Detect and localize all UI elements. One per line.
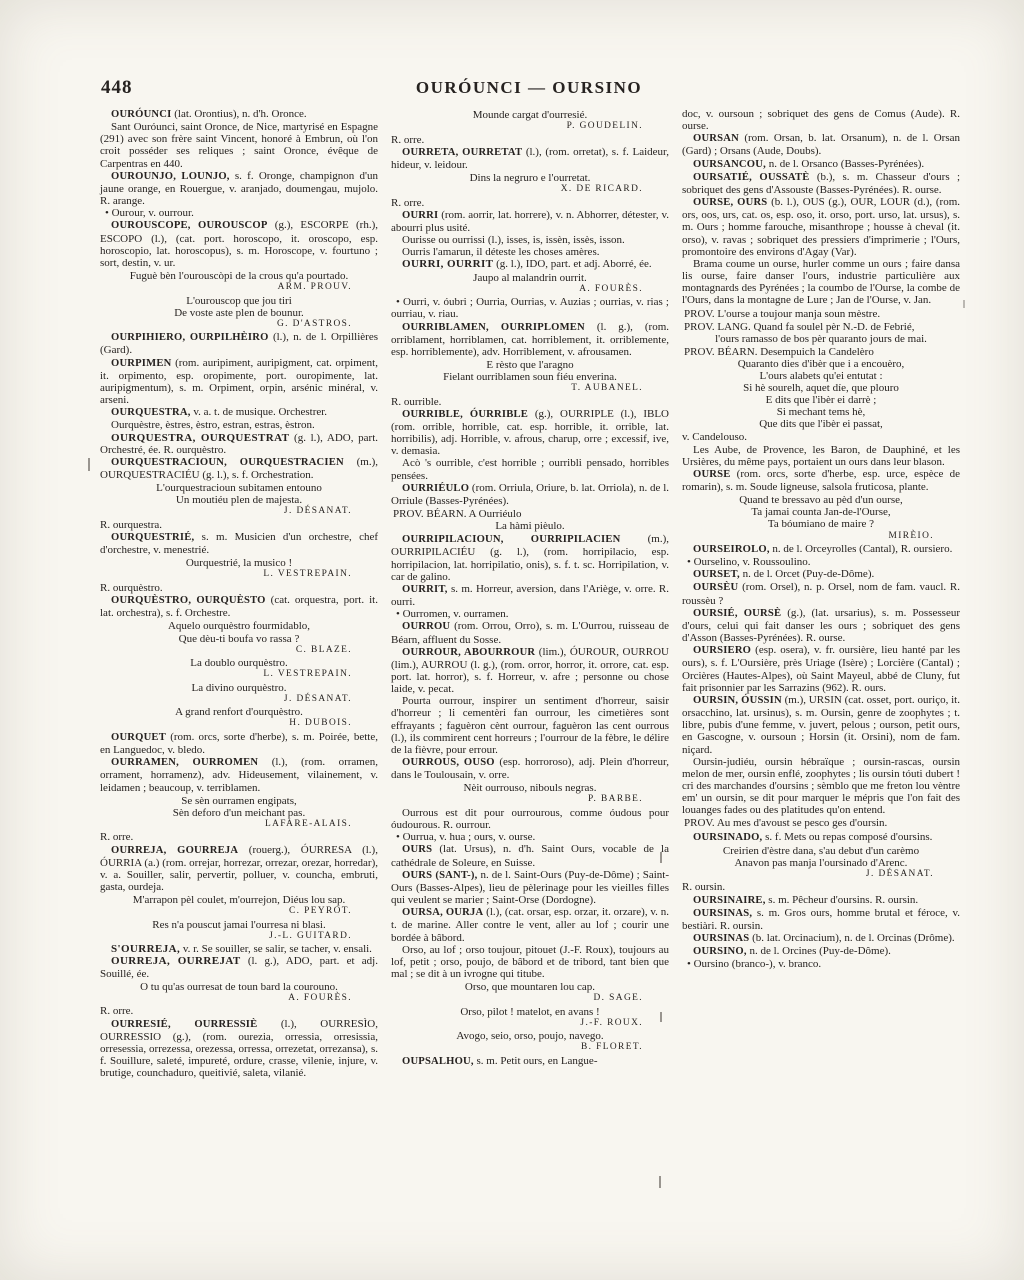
entry-body: • Ourselino, v. Roussoulino.	[687, 556, 811, 568]
paragraph: R. ourquèstro.	[100, 582, 378, 594]
verse-line: Ta jamai counta Jan-de-l'Ourse,	[682, 506, 960, 518]
verse-line: Mounde cargat d'ourresié.	[391, 109, 669, 121]
entry-headword: OURRI, OURRIT	[402, 258, 493, 270]
verse-quote: La divino ourquèstro.J. DÉSANAT.	[100, 682, 378, 706]
dictionary-entry: OURSINAIRE, s. m. Pêcheur d'oursins. R. …	[682, 894, 960, 907]
verse-quote: Orso, pilot ! matelot, en avans !J.-F. R…	[391, 1006, 669, 1030]
verse-quote: E rèsto que l'aragnoFielant ourriblamen …	[391, 359, 669, 395]
verse-line: Aquelo ourquèstro fourmidablo,	[100, 620, 378, 632]
entry-headword: OURSE	[693, 469, 731, 480]
entry-headword: OURQUESTRACIOUN, OURQUESTRACIEN	[111, 457, 344, 468]
scan-artifact	[88, 458, 90, 471]
entry-body: v. r. Se souiller, se salir, se tacher, …	[180, 943, 372, 955]
proverb-line: PROV. BÉARN. Desempuich la Candelèro	[682, 346, 960, 358]
proverb: PROV. L'ourse a toujour manja soun mèstr…	[682, 308, 960, 320]
entry-body: v. Candelouso.	[682, 431, 747, 443]
entry-headword: OURSAN	[693, 133, 739, 144]
verse-line: Se sèn ourramen engipats,	[100, 795, 378, 807]
paragraph: Sant Ouróunci, saint Oronce, de Nice, ma…	[100, 121, 378, 170]
paragraph: R. ourrible.	[391, 396, 669, 408]
verse-quote: Orso, que mountaren lou cap.D. SAGE.	[391, 981, 669, 1005]
entry-body: R. orre.	[100, 1005, 133, 1017]
entry-body: • Ourour, v. ourrour.	[105, 207, 194, 219]
proverb-line: PROV. LANG. Quand fa soulel pèr N.-D. de…	[682, 321, 960, 333]
verse-line: Orso, que mountaren lou cap.	[391, 981, 669, 993]
entry-headword: OURRAMEN, OURROMEN	[111, 757, 258, 768]
scanned-dictionary-page: 448 OURÓUNCI — OURSINO OURÓUNCI (lat. Or…	[0, 0, 1024, 1280]
citation-author: L. VESTREPAIN.	[100, 569, 378, 581]
entry-body: • Oursino (branco-), v. branco.	[687, 958, 821, 970]
verse-line: La divino ourquèstro.	[100, 682, 378, 694]
entry-body: Ourquèstre, èstres, èstro, estran, estra…	[111, 419, 315, 431]
paragraph: Orso, au lof ; orso toujour, pitouet (J.…	[391, 944, 669, 980]
entry-headword: OURSEIROLO,	[693, 544, 770, 555]
paragraph: Les Aube, de Provence, les Baron, de Dau…	[682, 444, 960, 468]
verse-line: Creirien d'èstre dana, s'au debut d'un c…	[682, 845, 960, 857]
paragraph: Ourris l'amarun, il déteste les choses a…	[391, 246, 669, 258]
verse-quote: Avogo, seio, orso, poujo, navego.B. FLOR…	[391, 1030, 669, 1054]
entry-headword: OURSINADO,	[693, 832, 762, 843]
citation-author: LAFARE-ALAIS.	[100, 819, 378, 831]
verse-line: Jaupo al malandrin ourrit.	[391, 272, 669, 284]
entry-headword: OURQUESTRIÉ,	[111, 532, 194, 543]
dictionary-entry: OURRIBLAMEN, OURRIPLOMEN (l. g.), (rom. …	[391, 321, 669, 358]
paragraph: Oursin-judiéu, oursin hébraïque ; oursin…	[682, 756, 960, 817]
citation-author: C. BLAZE.	[100, 645, 378, 657]
paragraph: v. Candelouso.	[682, 431, 960, 443]
dictionary-entry: OURRIT, s. m. Horreur, aversion, dans l'…	[391, 583, 669, 608]
dictionary-entry: OURSE (rom. orcs, sorte d'herbe, esp. ur…	[682, 468, 960, 493]
citation-author: J.-L. GUITARD.	[100, 931, 378, 943]
entry-body: Pourta ourrour, inspirer un sentiment d'…	[391, 695, 669, 756]
verse-quote: Dins la negruro e l'ourretat.X. DE RICAR…	[391, 172, 669, 196]
entry-headword: OURROUR, ABOURROUR	[402, 647, 535, 658]
paragraph: Ourisse ou ourrissi (l.), isses, is, iss…	[391, 234, 669, 246]
dictionary-entry: OURQUESTRA, v. a. t. de musique. Orchest…	[100, 406, 378, 419]
dictionary-entry: OURSINADO, s. f. Mets ou repas composé d…	[682, 831, 960, 844]
dictionary-entry: OURQUÈSTRO, OURQUÈSTO (cat. orquestra, p…	[100, 594, 378, 619]
paragraph: Pourta ourrour, inspirer un sentiment d'…	[391, 695, 669, 756]
verse-quote: O tu qu'as ourresat de toun bard la cour…	[100, 981, 378, 1005]
paragraph: R. orre.	[391, 134, 669, 146]
entry-headword: OURRESIÉ, OURRESSIÈ	[111, 1019, 257, 1030]
entry-body: Oursin-judiéu, oursin hébraïque ; oursin…	[682, 756, 960, 817]
dictionary-entry: OURSINAS (b. lat. Orcinacium), n. de l. …	[682, 932, 960, 945]
proverb: PROV. BÉARN. Desempuich la CandelèroQuar…	[682, 346, 960, 431]
entry-headword: OURSÈU	[693, 582, 738, 593]
citation-author: ARM. PROUV.	[100, 282, 378, 294]
verse-line: Un moutiéu plen de majesta.	[100, 494, 378, 506]
dictionary-entry: OURSIN, ÓUSSIN (m.), URSIN (cat. osset, …	[682, 694, 960, 756]
dictionary-entry: OURSET, n. de l. Orcet (Puy-de-Dôme).	[682, 568, 960, 581]
cross-reference: • Ourselino, v. Roussoulino.	[682, 556, 960, 568]
entry-body: R. ourquèstro.	[100, 582, 163, 594]
proverb-line: l'ours ramasso de bos pèr quaranto jours…	[682, 333, 960, 345]
entry-body: Ourrous est dit pour ourrourous, comme ó…	[391, 807, 669, 831]
paragraph: Brama coume un ourse, hurler comme un ou…	[682, 258, 960, 307]
verse-quote: A grand renfort d'ourquèstro.H. DUBOIS.	[100, 706, 378, 730]
verse-line: Dins la negruro e l'ourretat.	[391, 172, 669, 184]
entry-body: n. de l. Orcet (Puy-de-Dôme).	[740, 568, 874, 580]
paragraph: R. orre.	[100, 1005, 378, 1017]
verse-line: L'ourquestracioun subitamen entouno	[100, 482, 378, 494]
entry-body: Ourisse ou ourrissi (l.), isses, is, iss…	[402, 234, 625, 246]
entry-headword: OURRIÉULO	[402, 483, 469, 494]
verse-line: L'ourouscop que jou tiri	[100, 295, 378, 307]
verse-quote: Mounde cargat d'ourresié.P. GOUDELIN.	[391, 109, 669, 133]
dictionary-entry: OURRESIÉ, OURRESSIÈ (l.), OURRESÌO, OURR…	[100, 1018, 378, 1080]
dictionary-entry: OURSE, OURS (b. l.), OUS (g.), OUR, LOUR…	[682, 196, 960, 258]
citation-author: H. DUBOIS.	[100, 718, 378, 730]
verse-line: Fielant ourriblamen soun fiéu enverina.	[391, 371, 669, 383]
entry-body: n. de l. Orceyrolles (Cantal), R. oursie…	[770, 543, 953, 555]
verse-line: Orso, pilot ! matelot, en avans !	[391, 1006, 669, 1018]
entry-headword: OURPIMEN	[111, 358, 171, 369]
entry-body: • Ourri, v. óubri ; Ourria, Ourrias, v. …	[391, 296, 669, 320]
entry-headword: OURSINAIRE,	[693, 895, 766, 906]
entry-body: Ourris l'amarun, il déteste les choses a…	[402, 246, 599, 258]
dictionary-entry: OURROU (rom. Orrou, Orro), s. m. L'Ourro…	[391, 620, 669, 645]
entry-headword: OURSATIÉ, OUSSATÈ	[693, 172, 810, 183]
entry-headword: OURÓUNCI	[111, 109, 171, 120]
entry-headword: OURROU	[402, 621, 450, 632]
dictionary-entry: OURSINAS, s. m. Gros ours, homme brutal …	[682, 907, 960, 932]
entry-body: Brama coume un ourse, hurler comme un ou…	[682, 258, 960, 306]
proverb: PROV. LANG. Quand fa soulel pèr N.-D. de…	[682, 321, 960, 345]
dictionary-entry: OURPIMEN (rom. auripiment, auripigment, …	[100, 357, 378, 407]
citation-author: P. BARBE.	[391, 794, 669, 806]
verse-line: Sèn deforo d'un meichant pas.	[100, 807, 378, 819]
dictionary-entry: OURSEIROLO, n. de l. Orceyrolles (Cantal…	[682, 543, 960, 556]
dictionary-entry: OUROUNJO, LOUNJO, s. f. Oronge, champign…	[100, 170, 378, 207]
cross-reference: • Ourour, v. ourrour.	[100, 207, 378, 219]
citation-author: A. FOURÈS.	[391, 284, 669, 296]
proverb-line: Si hè sourelh, aquet díe, que plouro	[682, 382, 960, 394]
entry-body: s. f. Mets ou repas composé d'oursins.	[762, 831, 932, 843]
paragraph: Ourrous est dit pour ourrourous, comme ó…	[391, 807, 669, 831]
scan-artifact	[963, 300, 965, 308]
entry-headword: OURSINO,	[693, 946, 747, 957]
citation-author: L. VESTREPAIN.	[100, 669, 378, 681]
verse-quote: Ourquestrié, la musico !L. VESTREPAIN.	[100, 557, 378, 581]
verse-line: Ta bóumiano de maire ?	[682, 518, 960, 530]
verse-line: Ourquestrié, la musico !	[100, 557, 378, 569]
entry-headword: OUROUSCOPE, OUROUSCOP	[111, 220, 267, 231]
entry-body: R. orre.	[100, 831, 133, 843]
dictionary-entry: OURSATIÉ, OUSSATÈ (b.), s. m. Chasseur d…	[682, 171, 960, 196]
dictionary-entry: S'OURREJA, v. r. Se souiller, se salir, …	[100, 943, 378, 955]
paragraph: R. oursin.	[682, 881, 960, 893]
entry-headword: OUROUNJO, LOUNJO,	[111, 171, 230, 182]
verse-line: Quand te bressavo au pèd d'un ourse,	[682, 494, 960, 506]
citation-author: P. GOUDELIN.	[391, 121, 669, 133]
dictionary-entry: OURS (SANT-), n. de l. Saint-Ours (Puy-d…	[391, 869, 669, 906]
scan-artifact	[659, 1176, 661, 1188]
column-left: OURÓUNCI (lat. Orontius), n. d'h. Oronce…	[100, 108, 378, 1079]
entry-headword: OURREJA, GOURREJA	[111, 845, 238, 856]
proverb-line: Quaranto dies d'ibèr que i a encouèro,	[682, 358, 960, 370]
scan-artifact	[660, 1012, 662, 1022]
entry-body: • Ourrua, v. hua ; ours, v. ourse.	[396, 831, 535, 843]
entry-headword: OUPSALHOU,	[402, 1056, 474, 1067]
text-columns: OURÓUNCI (lat. Orontius), n. d'h. Oronce…	[100, 108, 960, 1079]
verse-line: Que dèu-ti boufa vo rassa ?	[100, 633, 378, 645]
citation-author: X. DE RICARD.	[391, 184, 669, 196]
running-head: OURÓUNCI — OURSINO	[100, 78, 958, 98]
dictionary-entry: OURS (lat. Ursus), n. d'h. Saint Ours, v…	[391, 843, 669, 868]
entry-headword: OURS (SANT-),	[402, 870, 477, 881]
verse-quote: Se sèn ourramen engipats,Sèn deforo d'un…	[100, 795, 378, 831]
verse-quote: Res n'a pouscut jamai l'ourresa ni blasi…	[100, 919, 378, 943]
verse-quote: L'ourquestracioun subitamen entounoUn mo…	[100, 482, 378, 518]
dictionary-entry: OUPSALHOU, s. m. Petit ours, en Langue-	[391, 1055, 669, 1068]
paragraph: doc, v. oursoun ; sobriquet des gens de …	[682, 108, 960, 132]
dictionary-entry: OURSIERO (esp. osera), v. fr. oursière, …	[682, 644, 960, 694]
paragraph: Acò 's ourrible, c'est horrible ; ourrib…	[391, 457, 669, 481]
proverb-line: PROV. L'ourse a toujour manja soun mèstr…	[682, 308, 960, 320]
entry-headword: OURSINAS,	[693, 908, 752, 919]
proverb-line: Que dits que l'ibèr ei passat,	[682, 418, 960, 430]
dictionary-entry: OUROUSCOPE, OUROUSCOP (g.), ESCORPE (rh.…	[100, 219, 378, 269]
entry-headword: OURSIERO	[693, 645, 751, 656]
entry-headword: OURRIBLAMEN, OURRIPLOMEN	[402, 322, 585, 333]
entry-body: R. orre.	[391, 134, 424, 146]
verse-quote: Fuguè bèn l'ourouscòpi de la crous qu'a …	[100, 270, 378, 294]
verse-quote: Nèit ourrouso, nibouls negras.P. BARBE.	[391, 782, 669, 806]
citation-author: B. FLORET.	[391, 1042, 669, 1054]
dictionary-entry: OURSINO, n. de l. Orcines (Puy-de-Dôme).	[682, 945, 960, 958]
dictionary-entry: OURSANCOU, n. de l. Orsanco (Basses-Pyré…	[682, 158, 960, 171]
verse-line: De voste aste plen de bounur.	[100, 307, 378, 319]
verse-quote: M'arrapon pèl coulet, m'ourrejon, Diéus …	[100, 894, 378, 918]
dictionary-entry: OURRIPILACIOUN, OURRIPILACIEN (m.), OURR…	[391, 533, 669, 583]
proverb: PROV. BÉARN. A OurriéuloLa hàmi pièulo.	[391, 508, 669, 532]
proverb-line: L'ours alabets qu'ei entutat :	[682, 370, 960, 382]
verse-quote: Quand te bressavo au pèd d'un ourse,Ta j…	[682, 494, 960, 542]
entry-headword: OURQUESTRA,	[111, 407, 191, 418]
verse-line: Avogo, seio, orso, poujo, navego.	[391, 1030, 669, 1042]
entry-body: (b. lat. Orcinacium), n. de l. Orcinas (…	[749, 932, 954, 944]
dictionary-entry: OURRAMEN, OURROMEN (l.), (rom. orramen, …	[100, 756, 378, 793]
cross-reference: • Oursino (branco-), v. branco.	[682, 958, 960, 970]
proverb-line: PROV. BÉARN. A Ourriéulo	[391, 508, 669, 520]
dictionary-entry: OURRETA, OURRETAT (l.), (rom. orretat), …	[391, 146, 669, 171]
entry-body: (lat. Ursus), n. d'h. Saint Ours, vocabl…	[391, 843, 669, 868]
entry-headword: OURSANCOU,	[693, 159, 766, 170]
citation-author: J. DÉSANAT.	[100, 506, 378, 518]
dictionary-entry: OURREJA, GOURREJA (rouerg.), ÓURRESA (l.…	[100, 844, 378, 894]
entry-headword: OURQUET	[111, 732, 166, 743]
verse-quote: Creirien d'èstre dana, s'au debut d'un c…	[682, 845, 960, 881]
dictionary-entry: OURSÈU (rom. Orsel), n. p. Orsel, nom de…	[682, 581, 960, 606]
column-middle: Mounde cargat d'ourresié.P. GOUDELIN.R. …	[391, 108, 669, 1079]
paragraph: R. orre.	[100, 831, 378, 843]
citation-author: J.-F. ROUX.	[391, 1018, 669, 1030]
verse-line: A grand renfort d'ourquèstro.	[100, 706, 378, 718]
entry-headword: OURQUESTRA, OURQUESTRAT	[111, 432, 289, 444]
entry-headword: OURSINAS	[693, 933, 749, 944]
entry-body: s. m. Petit ours, en Langue-	[474, 1055, 598, 1067]
entry-body: n. de l. Orsanco (Basses-Pyrénées).	[766, 158, 924, 170]
dictionary-entry: OURSA, OURJA (l.), (cat. orsar, esp. orz…	[391, 906, 669, 943]
verse-line: La doublo ourquèstro.	[100, 657, 378, 669]
entry-headword: OURSET,	[693, 569, 740, 580]
dictionary-entry: OURRI (rom. aorrir, lat. horrere), v. n.…	[391, 209, 669, 234]
entry-body: v. a. t. de musique. Orchestrer.	[191, 406, 327, 418]
cross-reference: • Ourromen, v. ourramen.	[391, 608, 669, 620]
dictionary-entry: OURRIÉULO (rom. Orriula, Oriure, b. lat.…	[391, 482, 669, 507]
verse-line: Fuguè bèn l'ourouscòpi de la crous qu'a …	[100, 270, 378, 282]
verse-line: M'arrapon pèl coulet, m'ourrejon, Diéus …	[100, 894, 378, 906]
verse-quote: Jaupo al malandrin ourrit.A. FOURÈS.	[391, 272, 669, 296]
dictionary-entry: OURQUESTRA, OURQUESTRAT (g. l.), ADO, pa…	[100, 432, 378, 456]
entry-body: Les Aube, de Provence, les Baron, de Dau…	[682, 444, 960, 468]
citation-author: D. SAGE.	[391, 993, 669, 1005]
entry-body: Acò 's ourrible, c'est horrible ; ourrib…	[391, 457, 669, 481]
dictionary-entry: OURROUS, OUSO (esp. horroroso), adj. Ple…	[391, 756, 669, 781]
proverb-line: La hàmi pièulo.	[391, 520, 669, 532]
proverb-line: E dits que l'ibèr ei darrè ;	[682, 394, 960, 406]
dictionary-entry: OURQUET (rom. orcs, sorte d'herbe), s. m…	[100, 731, 378, 756]
dictionary-entry: OURQUESTRACIOUN, OURQUESTRACIEN (m.), OU…	[100, 456, 378, 481]
entry-body: • Ourromen, v. ourramen.	[396, 608, 509, 620]
entry-headword: OURS	[402, 844, 432, 855]
verse-quote: L'ourouscop que jou tiriDe voste aste pl…	[100, 295, 378, 331]
verse-line: O tu qu'as ourresat de toun bard la cour…	[100, 981, 378, 993]
proverb: PROV. Au mes d'avoust se pesco ges d'our…	[682, 817, 960, 829]
citation-author: G. D'ASTROS.	[100, 319, 378, 331]
entry-headword: OURRIBLE, ÓURRIBLE	[402, 409, 528, 420]
cross-reference: • Ourri, v. óubri ; Ourria, Ourrias, v. …	[391, 296, 669, 320]
dictionary-entry: OURRIBLE, ÓURRIBLE (g.), OURRIPLE (l.), …	[391, 408, 669, 458]
dictionary-entry: OURROUR, ABOURROUR (lim.), ÓUROUR, OURRO…	[391, 646, 669, 696]
column-right: doc, v. oursoun ; sobriquet des gens de …	[682, 108, 960, 1079]
entry-body: n. de l. Orcines (Puy-de-Dôme).	[747, 945, 891, 957]
entry-headword: OURREJA, OURREJAT	[111, 955, 241, 967]
entry-body: doc, v. oursoun ; sobriquet des gens de …	[682, 108, 960, 132]
paragraph: Ourquèstre, èstres, èstro, estran, estra…	[100, 419, 378, 431]
entry-body: R. ourrible.	[391, 396, 441, 408]
dictionary-entry: OURRI, OURRIT (g. l.), IDO, part. et adj…	[391, 258, 669, 270]
citation-author: A. FOURÈS.	[100, 993, 378, 1005]
dictionary-entry: OURREJA, OURREJAT (l. g.), ADO, part. et…	[100, 955, 378, 979]
entry-headword: OURRIPILACIOUN, OURRIPILACIEN	[402, 534, 621, 545]
entry-body: R. oursin.	[682, 881, 725, 893]
verse-line: E rèsto que l'aragno	[391, 359, 669, 371]
entry-headword: OURRETA, OURRETAT	[402, 147, 522, 158]
entry-headword: S'OURREJA,	[111, 943, 180, 955]
entry-headword: OURRI	[402, 210, 438, 221]
entry-body: R. orre.	[391, 197, 424, 209]
citation-author: C. PEYROT.	[100, 906, 378, 918]
entry-body: Orso, au lof ; orso toujour, pitouet (J.…	[391, 944, 669, 980]
scan-artifact	[660, 852, 662, 863]
dictionary-entry: OURÓUNCI (lat. Orontius), n. d'h. Oronce…	[100, 108, 378, 121]
entry-headword: OURSIN, ÓUSSIN	[693, 695, 782, 706]
dictionary-entry: OURPIHIERO, OURPILHÈIRO (l.), n. de l. O…	[100, 331, 378, 356]
entry-headword: OURRIT,	[402, 584, 448, 595]
entry-headword: OURQUÈSTRO, OURQUÈSTO	[111, 595, 266, 606]
citation-author: MIRÈIO.	[682, 531, 960, 543]
proverb-line: PROV. Au mes d'avoust se pesco ges d'our…	[682, 817, 960, 829]
entry-headword: OURSE, OURS	[693, 197, 767, 208]
entry-headword: OURSA, OURJA	[402, 907, 483, 918]
cross-reference: • Ourrua, v. hua ; ours, v. ourse.	[391, 831, 669, 843]
verse-quote: Aquelo ourquèstro fourmidablo,Que dèu-ti…	[100, 620, 378, 656]
citation-author: T. AUBANEL.	[391, 383, 669, 395]
verse-line: Res n'a pouscut jamai l'ourresa ni blasi…	[100, 919, 378, 931]
verse-line: Nèit ourrouso, nibouls negras.	[391, 782, 669, 794]
verse-quote: La doublo ourquèstro.L. VESTREPAIN.	[100, 657, 378, 681]
paragraph: R. orre.	[391, 197, 669, 209]
entry-body: R. ourquestra.	[100, 519, 162, 531]
entry-body: (g. l.), IDO, part. et adj. Aborré, ée.	[493, 258, 651, 270]
dictionary-entry: OURQUESTRIÉ, s. m. Musicien d'un orchest…	[100, 531, 378, 556]
entry-body: s. m. Pêcheur d'oursins. R. oursin.	[766, 894, 919, 906]
verse-line: Anavon pas manja l'oursinado d'Arenc.	[682, 857, 960, 869]
entry-body: Sant Ouróunci, saint Oronce, de Nice, ma…	[100, 121, 378, 169]
citation-author: J. DÉSANAT.	[682, 869, 960, 881]
dictionary-entry: OURSIÉ, OURSÈ (g.), (lat. ursarius), s. …	[682, 607, 960, 644]
entry-headword: OURSIÉ, OURSÈ	[693, 608, 781, 619]
entry-body: (lat. Orontius), n. d'h. Oronce.	[171, 108, 306, 120]
proverb-line: Si mechant tems hè,	[682, 406, 960, 418]
citation-author: J. DÉSANAT.	[100, 694, 378, 706]
dictionary-entry: OURSAN (rom. Orsan, b. lat. Orsanum), n.…	[682, 132, 960, 157]
paragraph: R. ourquestra.	[100, 519, 378, 531]
entry-headword: OURROUS, OUSO	[402, 757, 495, 768]
entry-headword: OURPIHIERO, OURPILHÈIRO	[111, 332, 269, 343]
